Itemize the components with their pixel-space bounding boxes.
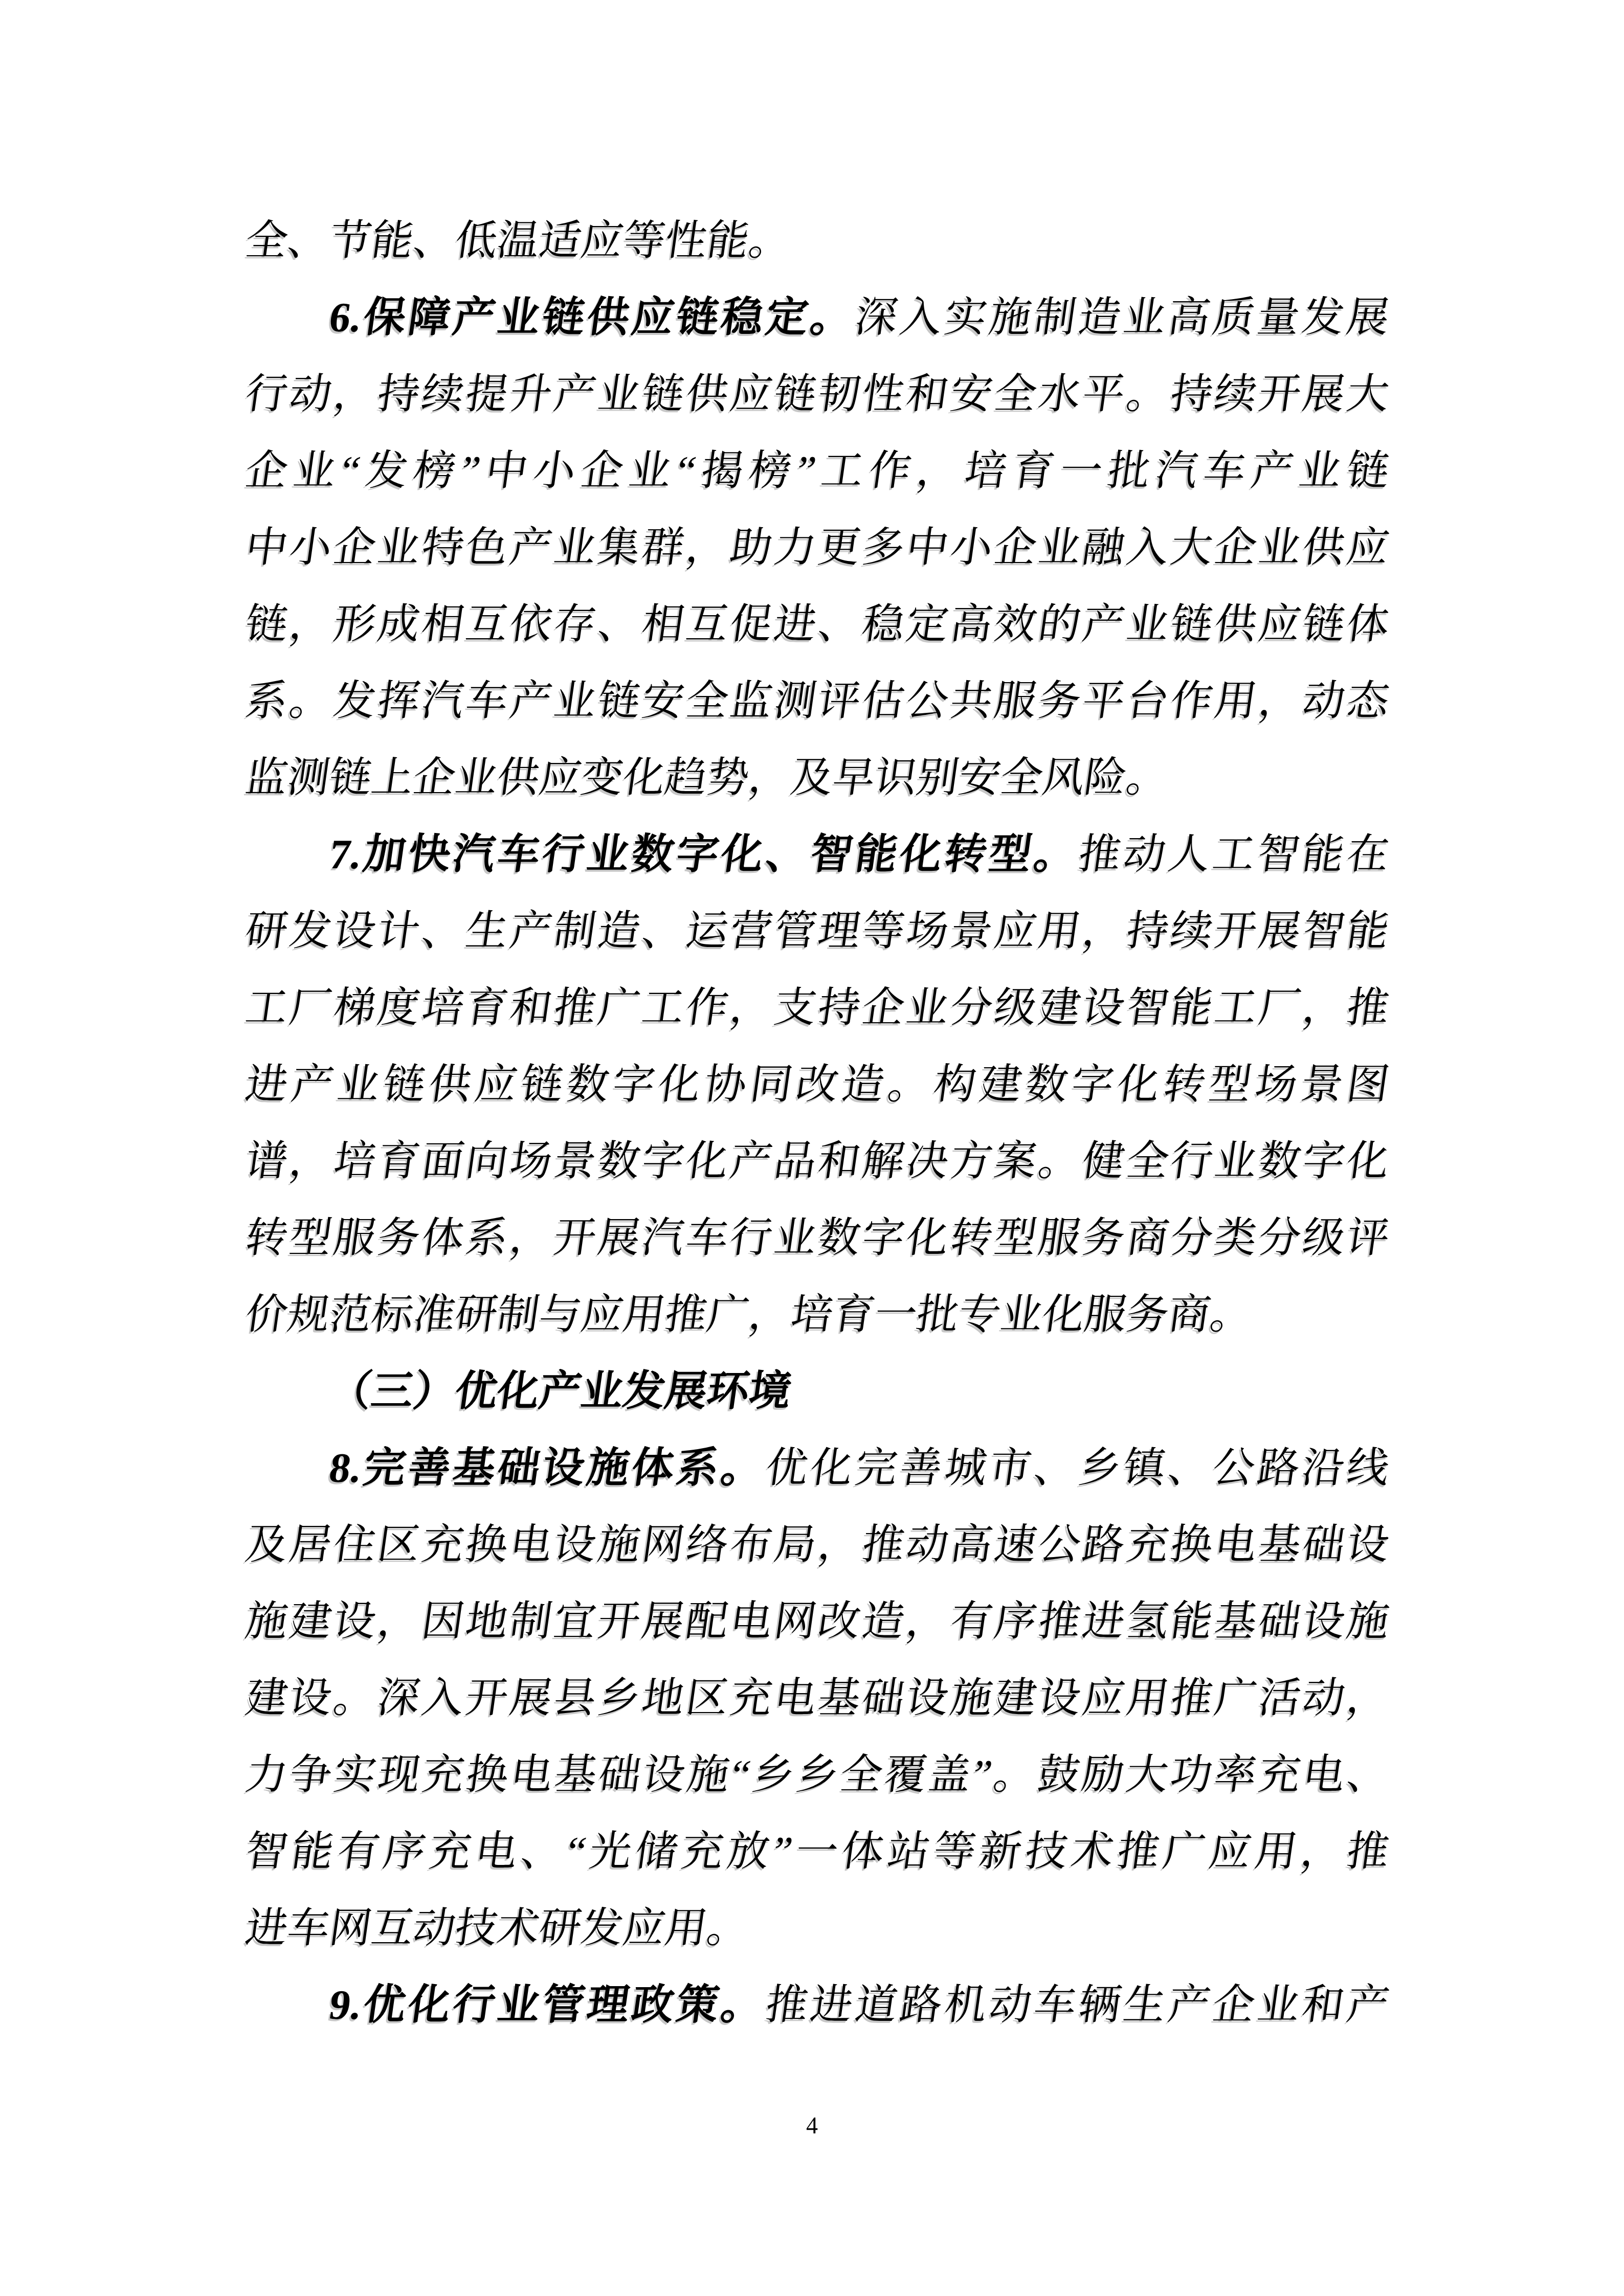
text-line: 企业“发榜”中小企业“揭榜”工作，培育一批汽车产业链 (240, 433, 1394, 509)
line-body: 链，形成相互依存、相互促进、稳定高效的产业链供应链体 (242, 601, 1392, 647)
line-body: 进车网互动技术研发应用。 (242, 1905, 752, 1951)
text-line: 力争实现充换电基础设施“乡乡全覆盖”。鼓励大功率充电、 (240, 1737, 1394, 1813)
line-head: 9.优化行业管理政策。 (326, 1982, 769, 2028)
line-body: 建设。深入开展县乡地区充电基础设施建设应用推广活动， (242, 1675, 1392, 1721)
line-body: 施建设，因地制宜开展配电网改造，有序推进氢能基础设施 (242, 1598, 1392, 1645)
line-body: 监测链上企业供应变化趋势，及早识别安全风险。 (242, 754, 1172, 801)
document-page: 全、节能、低温适应等性能。 6.保障产业链供应链稳定。深入实施制造业高质量发展 … (0, 0, 1624, 2296)
line-body: 价规范标准研制与应用推广，培育一批专业化服务商。 (242, 1291, 1256, 1338)
paragraph-start-line: 9.优化行业管理政策。推进道路机动车辆生产企业和产 (240, 1967, 1394, 2043)
line-head: 8.完善基础设施体系。 (326, 1445, 769, 1491)
text-line: 及居住区充换电设施网络布局，推动高速公路充换电基础设 (240, 1506, 1394, 1583)
line-body: 力争实现充换电基础设施“乡乡全覆盖”。鼓励大功率充电、 (242, 1751, 1392, 1798)
text-block: 全、节能、低温适应等性能。 6.保障产业链供应链稳定。深入实施制造业高质量发展 … (0, 0, 1624, 2043)
text-line: 谱，培育面向场景数字化产品和解决方案。健全行业数字化 (240, 1123, 1394, 1200)
line-body: 智能有序充电、“光储充放”一体站等新技术推广应用，推 (242, 1828, 1392, 1875)
text-line: 系。发挥汽车产业链安全监测评估公共服务平台作用，动态 (240, 663, 1394, 739)
text-line: 行动，持续提升产业链供应链韧性和安全水平。持续开展大 (240, 356, 1394, 433)
line-body: 推动人工智能在 (1076, 831, 1392, 877)
text-line: 链，形成相互依存、相互促进、稳定高效的产业链供应链体 (240, 586, 1394, 663)
line-body: 进产业链供应链数字化协同改造。构建数字化转型场景图 (242, 1061, 1392, 1108)
line-head: （三）优化产业发展环境 (326, 1368, 794, 1414)
text-line: 转型服务体系，开展汽车行业数字化转型服务商分类分级评 (240, 1200, 1394, 1276)
line-body: 及居住区充换电设施网络布局，推动高速公路充换电基础设 (242, 1521, 1392, 1568)
text-line: 全、节能、低温适应等性能。 (240, 202, 1394, 279)
text-line: 价规范标准研制与应用推广，培育一批专业化服务商。 (240, 1276, 1394, 1353)
text-line: 监测链上企业供应变化趋势，及早识别安全风险。 (240, 739, 1394, 816)
paragraph-start-line: 6.保障产业链供应链稳定。深入实施制造业高质量发展 (240, 279, 1394, 356)
paragraph-start-line: 7.加快汽车行业数字化、智能化转型。推动人工智能在 (240, 816, 1394, 893)
paragraph-start-line: 8.完善基础设施体系。优化完善城市、乡镇、公路沿线 (240, 1430, 1394, 1506)
text-line: 工厂梯度培育和推广工作，支持企业分级建设智能工厂，推 (240, 970, 1394, 1046)
line-body: 深入实施制造业高质量发展 (852, 294, 1392, 341)
section-heading-line: （三）优化产业发展环境 (240, 1353, 1394, 1430)
line-head: 6.保障产业链供应链稳定。 (326, 294, 859, 341)
text-line: 进车网互动技术研发应用。 (240, 1890, 1394, 1967)
text-line: 中小企业特色产业集群，助力更多中小企业融入大企业供应 (240, 509, 1394, 586)
line-body: 全、节能、低温适应等性能。 (242, 217, 794, 264)
line-body: 谱，培育面向场景数字化产品和解决方案。健全行业数字化 (242, 1138, 1392, 1184)
text-line: 智能有序充电、“光储充放”一体站等新技术推广应用，推 (240, 1813, 1394, 1890)
line-head: 7.加快汽车行业数字化、智能化转型。 (326, 831, 1082, 877)
line-body: 行动，持续提升产业链供应链韧性和安全水平。持续开展大 (242, 371, 1392, 417)
text-line: 研发设计、生产制造、运营管理等场景应用，持续开展智能 (240, 893, 1394, 970)
text-line: 进产业链供应链数字化协同改造。构建数字化转型场景图 (240, 1046, 1394, 1123)
text-line: 施建设，因地制宜开展配电网改造，有序推进氢能基础设施 (240, 1583, 1394, 1660)
page-number: 4 (0, 2113, 1624, 2139)
line-body: 研发设计、生产制造、运营管理等场景应用，持续开展智能 (242, 908, 1392, 954)
line-body: 转型服务体系，开展汽车行业数字化转型服务商分类分级评 (242, 1214, 1392, 1261)
line-body: 中小企业特色产业集群，助力更多中小企业融入大企业供应 (242, 524, 1392, 571)
line-body: 优化完善城市、乡镇、公路沿线 (763, 1445, 1392, 1491)
line-body: 工厂梯度培育和推广工作，支持企业分级建设智能工厂，推 (242, 984, 1392, 1031)
line-body: 企业“发榜”中小企业“揭榜”工作，培育一批汽车产业链 (242, 447, 1392, 494)
line-body: 系。发挥汽车产业链安全监测评估公共服务平台作用，动态 (242, 678, 1392, 724)
line-body: 推进道路机动车辆生产企业和产 (763, 1982, 1392, 2028)
text-line: 建设。深入开展县乡地区充电基础设施建设应用推广活动， (240, 1660, 1394, 1737)
